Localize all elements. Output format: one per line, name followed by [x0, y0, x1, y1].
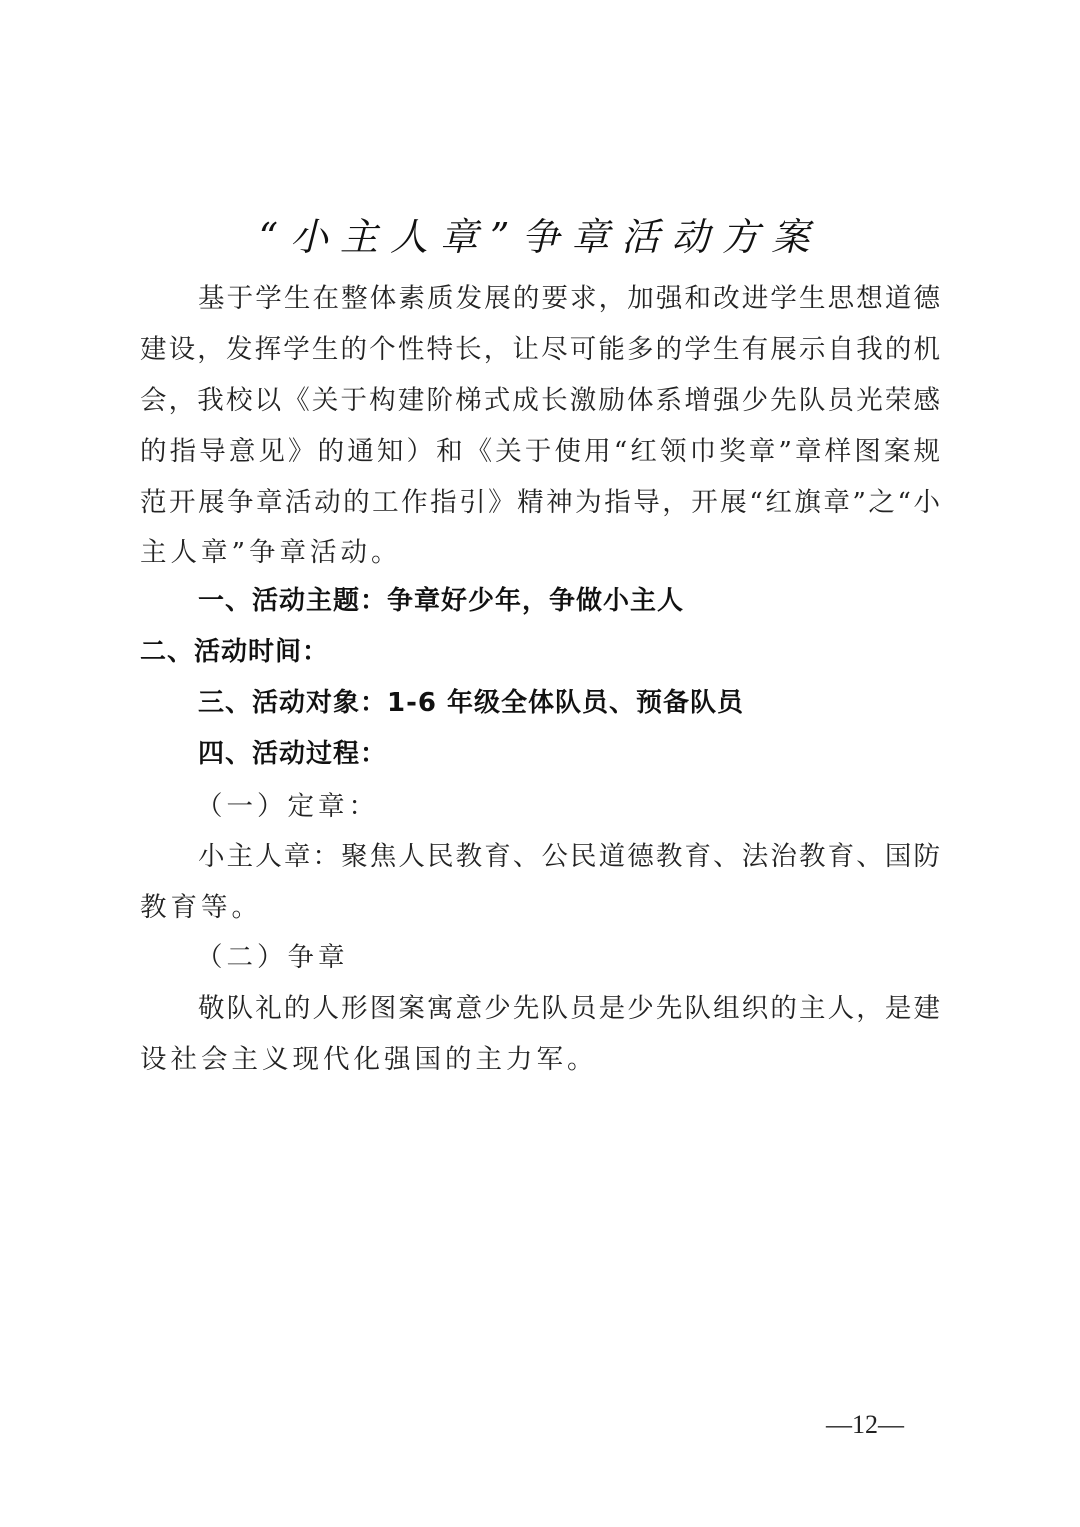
subsection-line: 敬队礼的人形图案寓意少先队员是少先队组织的主人，是建	[198, 986, 940, 1025]
subsection-line: 教育等。	[140, 885, 940, 924]
subsection-heading-define: （一）定章：	[196, 784, 996, 823]
intro-line: 会，我校以《关于构建阶梯式成长激励体系增强少先队员光荣感	[140, 378, 940, 417]
section-heading-target: 三、活动对象：1-6 年级全体队员、预备队员	[198, 682, 940, 719]
section-heading-time: 二、活动时间：	[140, 631, 940, 668]
intro-line: 的指导意见》的通知）和《关于使用“红领巾奖章”章样图案规	[140, 429, 940, 468]
section-heading-theme: 一、活动主题：争章好少年，争做小主人	[198, 580, 940, 617]
section-heading-process: 四、活动过程：	[198, 733, 940, 770]
subsection-heading-earn: （二）争章	[196, 935, 996, 974]
intro-line: 范开展争章活动的工作指引》精神为指导，开展“红旗章”之“小	[140, 480, 940, 519]
intro-line: 主人章”争章活动。	[140, 530, 940, 569]
subsection-line: 小主人章：聚焦人民教育、公民道德教育、法治教育、国防	[198, 834, 940, 873]
intro-line: 基于学生在整体素质发展的要求，加强和改进学生思想道德	[198, 276, 940, 315]
document-title: “小主人章”争章活动方案	[0, 206, 1080, 261]
page-number: —12—	[826, 1410, 904, 1440]
subsection-line: 设社会主义现代化强国的主力军。	[140, 1037, 940, 1076]
intro-line: 建设，发挥学生的个性特长，让尽可能多的学生有展示自我的机	[140, 327, 940, 366]
